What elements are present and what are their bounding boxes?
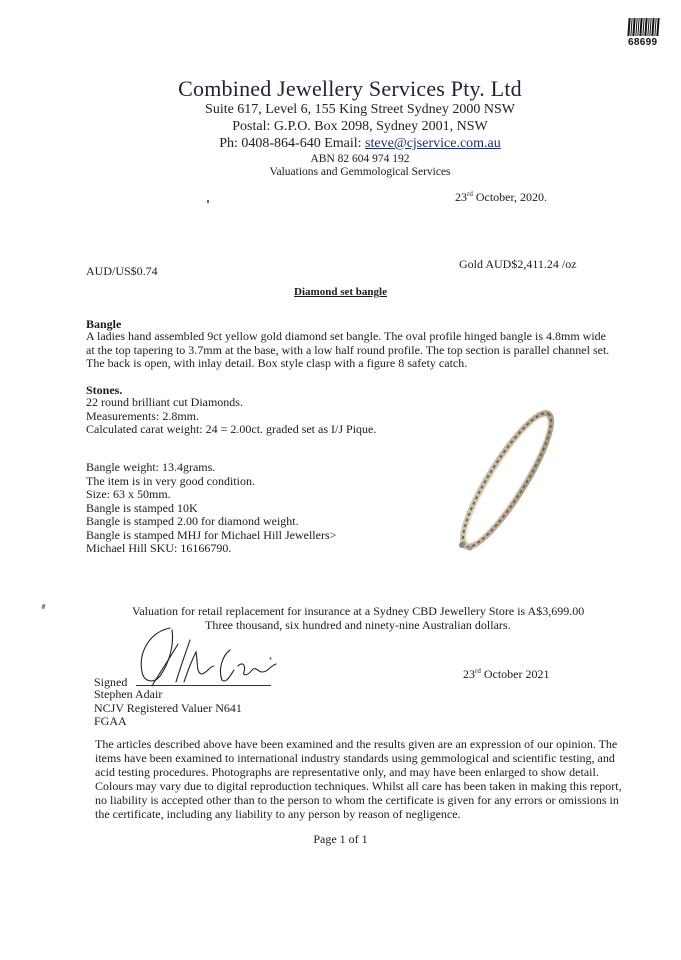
bangle-description: A ladies hand assembled 9ct yellow gold … bbox=[86, 330, 611, 371]
phone-label: Ph: 0408-864-640 Email: bbox=[219, 136, 365, 151]
stones-list: 22 round brilliant cut Diamonds. Measure… bbox=[86, 396, 406, 437]
signer-block: Stephen Adair NCJV Registered Valuer N64… bbox=[94, 688, 242, 729]
stones-line: Measurements: 2.8mm. bbox=[86, 410, 406, 424]
signer-qualification: FGAA bbox=[94, 715, 242, 729]
scan-speck bbox=[207, 200, 209, 203]
detail-line: The item is in very good condition. bbox=[86, 475, 386, 489]
detail-line: Bangle is stamped MHJ for Michael Hill J… bbox=[86, 529, 386, 543]
detail-line: Bangle is stamped 10K bbox=[86, 502, 386, 516]
signer-registration: NCJV Registered Valuer N641 bbox=[94, 702, 242, 716]
stones-line: Calculated carat weight: 24 = 2.00ct. gr… bbox=[86, 423, 406, 437]
gold-price: Gold AUD$2,411.24 /oz bbox=[459, 257, 577, 272]
barcode-bars bbox=[627, 18, 664, 36]
barcode: 68699 bbox=[628, 18, 664, 48]
abn: ABN 82 604 974 192 bbox=[200, 153, 520, 165]
signature-line bbox=[136, 685, 271, 686]
bangle-photo bbox=[440, 405, 575, 555]
disclaimer: The articles described above have been e… bbox=[95, 737, 625, 821]
company-name: Combined Jewellery Services Pty. Ltd bbox=[140, 76, 560, 102]
stones-line: 22 round brilliant cut Diamonds. bbox=[86, 396, 406, 410]
detail-line: Bangle weight: 13.4grams. bbox=[86, 461, 386, 475]
exchange-rate: AUD/US$0.74 bbox=[86, 264, 158, 279]
scan-speck bbox=[41, 604, 46, 610]
services-tagline: Valuations and Gemmological Services bbox=[180, 166, 540, 178]
detail-line: Size: 63 x 50mm. bbox=[86, 488, 386, 502]
document-title: Diamond set bangle bbox=[0, 286, 681, 298]
signature bbox=[130, 622, 290, 690]
postal-address: Postal: G.P.O. Box 2098, Sydney 2001, NS… bbox=[180, 119, 540, 135]
signer-name: Stephen Adair bbox=[94, 688, 242, 702]
email-link[interactable]: steve@cjservice.com.au bbox=[365, 136, 501, 151]
valuation-statement: Valuation for retail replacement for ins… bbox=[132, 604, 584, 619]
page-number: Page 1 of 1 bbox=[0, 832, 681, 847]
report-date: 23rd October, 2020. bbox=[455, 190, 547, 205]
details-list: Bangle weight: 13.4grams. The item is in… bbox=[86, 461, 386, 556]
contact-line: Ph: 0408-864-640 Email: steve@cjservice.… bbox=[150, 136, 570, 152]
signature-date: 23rd October 2021 bbox=[463, 667, 550, 682]
street-address: Suite 617, Level 6, 155 King Street Sydn… bbox=[180, 102, 540, 118]
barcode-number: 68699 bbox=[628, 37, 664, 48]
detail-line: Michael Hill SKU: 16166790. bbox=[86, 542, 386, 556]
detail-line: Bangle is stamped 2.00 for diamond weigh… bbox=[86, 515, 386, 529]
